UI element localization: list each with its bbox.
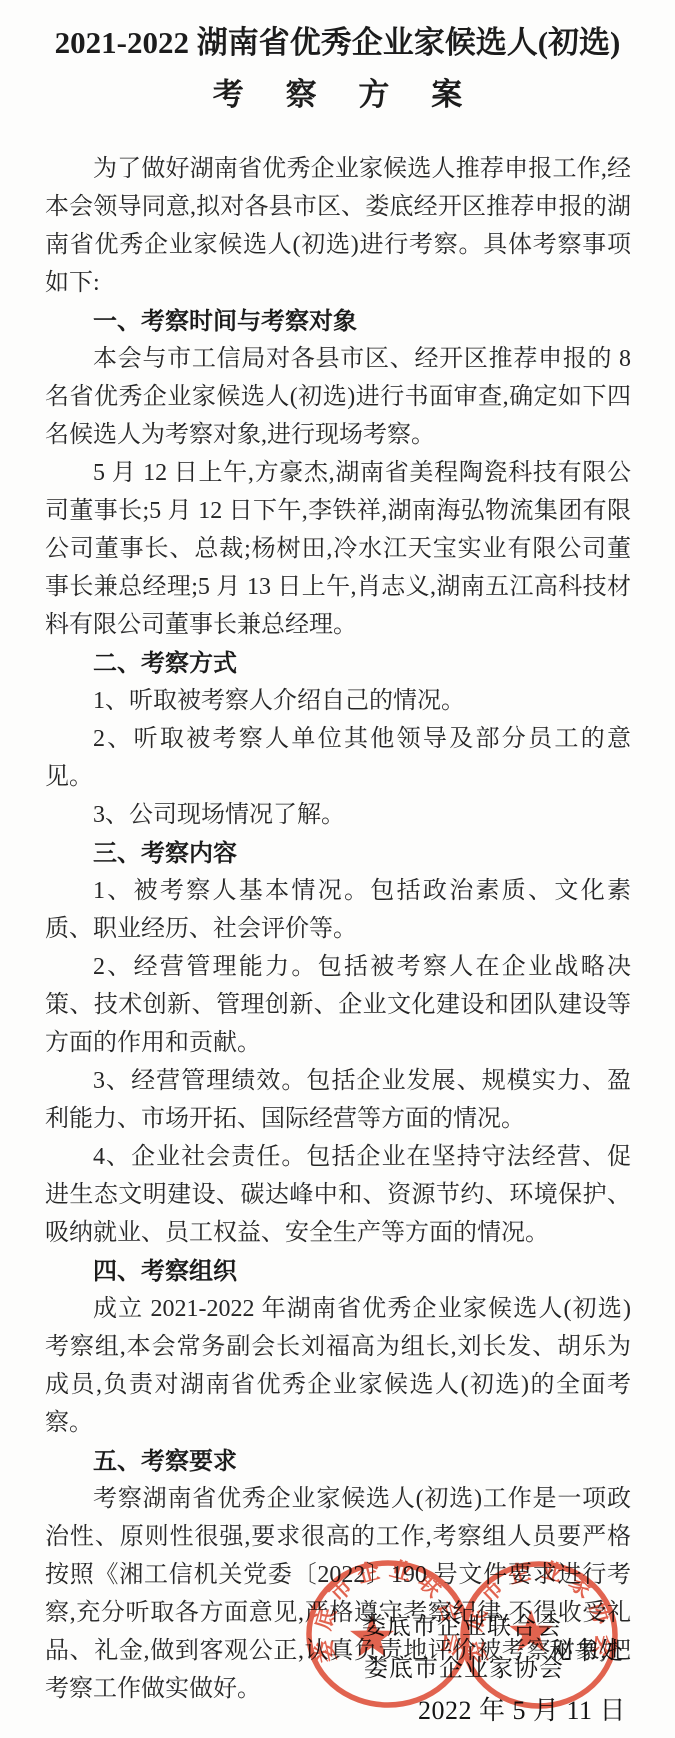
body-paragraph: 3、公司现场情况了解。 [45, 796, 631, 834]
section-heading: 一、考察时间与考察对象 [45, 302, 631, 340]
body-paragraph: 2、经营管理能力。包括被考察人在企业战略决策、技术创新、管理创新、企业文化建设和… [45, 948, 631, 1062]
section-heading: 二、考察方式 [45, 644, 631, 682]
body-paragraph: 成立 2021-2022 年湖南省优秀企业家候选人(初选)考察组,本会常务副会长… [45, 1290, 631, 1442]
body-paragraph: 为了做好湖南省优秀企业家候选人推荐申报工作,经本会领导同意,拟对各县市区、娄底经… [45, 150, 631, 302]
document-body: 为了做好湖南省优秀企业家候选人推荐申报工作,经本会领导同意,拟对各县市区、娄底经… [45, 150, 631, 1708]
document-title-line1: 2021-2022 湖南省优秀企业家候选人(初选) [0, 26, 675, 60]
section-heading: 四、考察组织 [45, 1252, 631, 1290]
signature-org-association: 娄底市企业家协会 [364, 1648, 564, 1683]
body-paragraph: 1、被考察人基本情况。包括政治素质、文化素质、职业经历、社会评价等。 [45, 872, 631, 948]
body-paragraph: 5 月 12 日上午,方豪杰,湖南省美程陶瓷科技有限公司董事长;5 月 12 日… [45, 454, 631, 644]
section-heading: 五、考察要求 [45, 1442, 631, 1480]
section-heading: 三、考察内容 [45, 834, 631, 872]
body-paragraph: 1、听取被考察人介绍自己的情况。 [45, 682, 631, 720]
document-title-line2: 考 察 方 案 [0, 78, 675, 112]
signature-date: 2022 年 5 月 11 日 [418, 1690, 626, 1727]
body-paragraph: 2、听取被考察人单位其他领导及部分员工的意见。 [45, 720, 631, 796]
body-paragraph: 本会与市工信局对各县市区、经开区推荐申报的 8 名省优秀企业家候选人(初选)进行… [45, 340, 631, 454]
body-paragraph: 3、经营管理绩效。包括企业发展、规模实力、盈利能力、市场开拓、国际经营等方面的情… [45, 1062, 631, 1138]
signature-org-federation: 娄底市企业联合会 [362, 1606, 562, 1641]
body-paragraph: 4、企业社会责任。包括企业在坚持守法经营、促进生态文明建设、碳达峰中和、资源节约… [45, 1138, 631, 1252]
document-page: 2021-2022 湖南省优秀企业家候选人(初选) 考 察 方 案 为了做好湖南… [0, 0, 675, 1738]
